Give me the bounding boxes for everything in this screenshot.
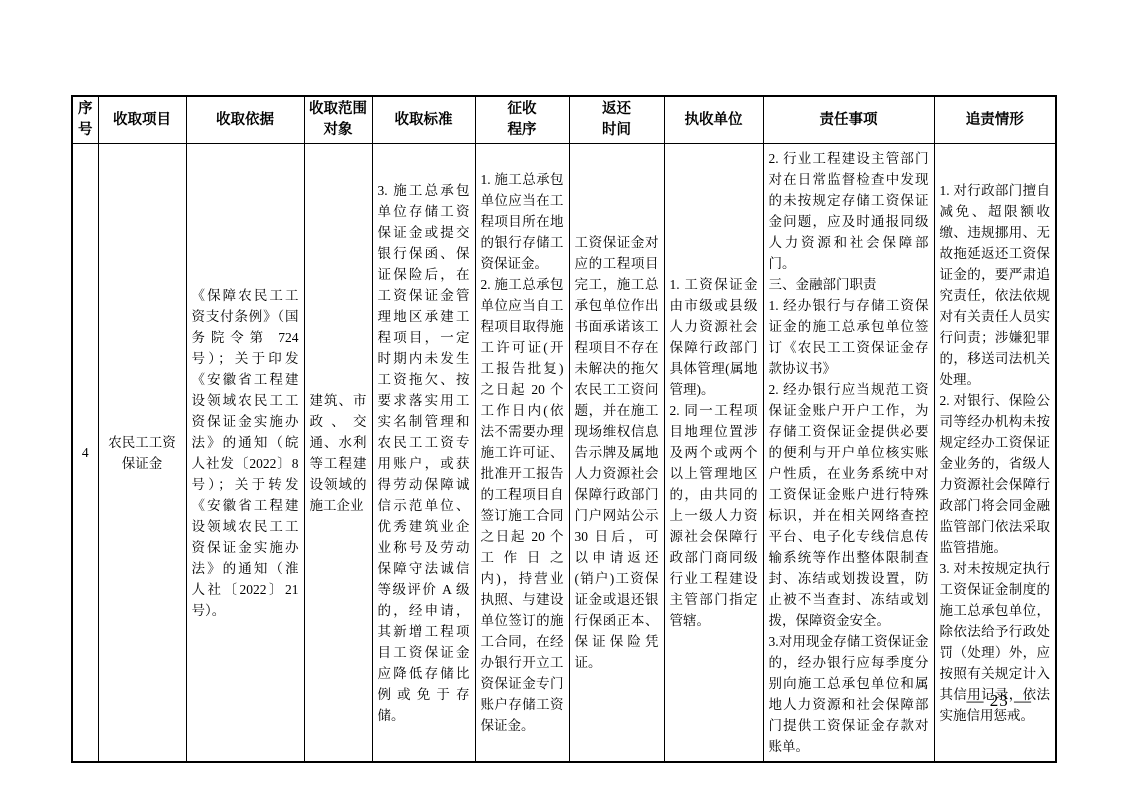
header-project: 收取项目 — [98, 96, 186, 144]
header-basis: 收取依据 — [186, 96, 304, 144]
header-procedure: 征收 程序 — [475, 96, 569, 144]
cell-scope: 建筑、市政、交通、水利等工程建设领域的施工企业 — [304, 144, 372, 763]
table-header-row: 序号 收取项目 收取依据 收取范围对象 收取标准 征收 程序 返还 时间 执收单… — [72, 96, 1056, 144]
cell-collecting-unit: 1. 工资保证金由市级或县级人力资源社会保障行政部门具体管理(属地管理)。 2.… — [664, 144, 763, 763]
table-row: 4 农民工工资保证金 《保障农民工工资支付条例》（国务院令第 724 号）；关于… — [72, 144, 1056, 763]
cell-project: 农民工工资保证金 — [98, 144, 186, 763]
cell-return-time: 工资保证金对应的工程项目完工，施工总承包单位作出书面承诺该工程项目不存在未解决的… — [569, 144, 664, 763]
cell-standard: 3. 施工总承包单位存储工资保证金或提交银行保函、保证保险后，在工资保证金管理地… — [372, 144, 475, 763]
cell-procedure: 1. 施工总承包单位应当在工程项目所在地的银行存储工资保证金。 2. 施工总承包… — [475, 144, 569, 763]
page-number: — 23 — — [967, 691, 1033, 711]
header-return-time: 返还 时间 — [569, 96, 664, 144]
cell-seq: 4 — [72, 144, 98, 763]
document-page: 序号 收取项目 收取依据 收取范围对象 收取标准 征收 程序 返还 时间 执收单… — [0, 0, 1122, 793]
header-accountability: 追责情形 — [934, 96, 1056, 144]
cell-responsibilities: 2. 行业工程建设主管部门对在日常监督检查中发现的未按规定存储工资保证金问题，应… — [763, 144, 934, 763]
header-standard: 收取标准 — [372, 96, 475, 144]
header-collecting-unit: 执收单位 — [664, 96, 763, 144]
cell-accountability: 1. 对行政部门擅自减免、超限额收缴、违规挪用、无故拖延返还工资保证金的，要严肃… — [934, 144, 1056, 763]
header-seq: 序号 — [72, 96, 98, 144]
header-scope: 收取范围对象 — [304, 96, 372, 144]
header-responsibilities: 责任事项 — [763, 96, 934, 144]
cell-basis: 《保障农民工工资支付条例》（国务院令第 724 号）；关于印发《安徽省工程建设领… — [186, 144, 304, 763]
fee-item-table: 序号 收取项目 收取依据 收取范围对象 收取标准 征收 程序 返还 时间 执收单… — [71, 95, 1057, 763]
